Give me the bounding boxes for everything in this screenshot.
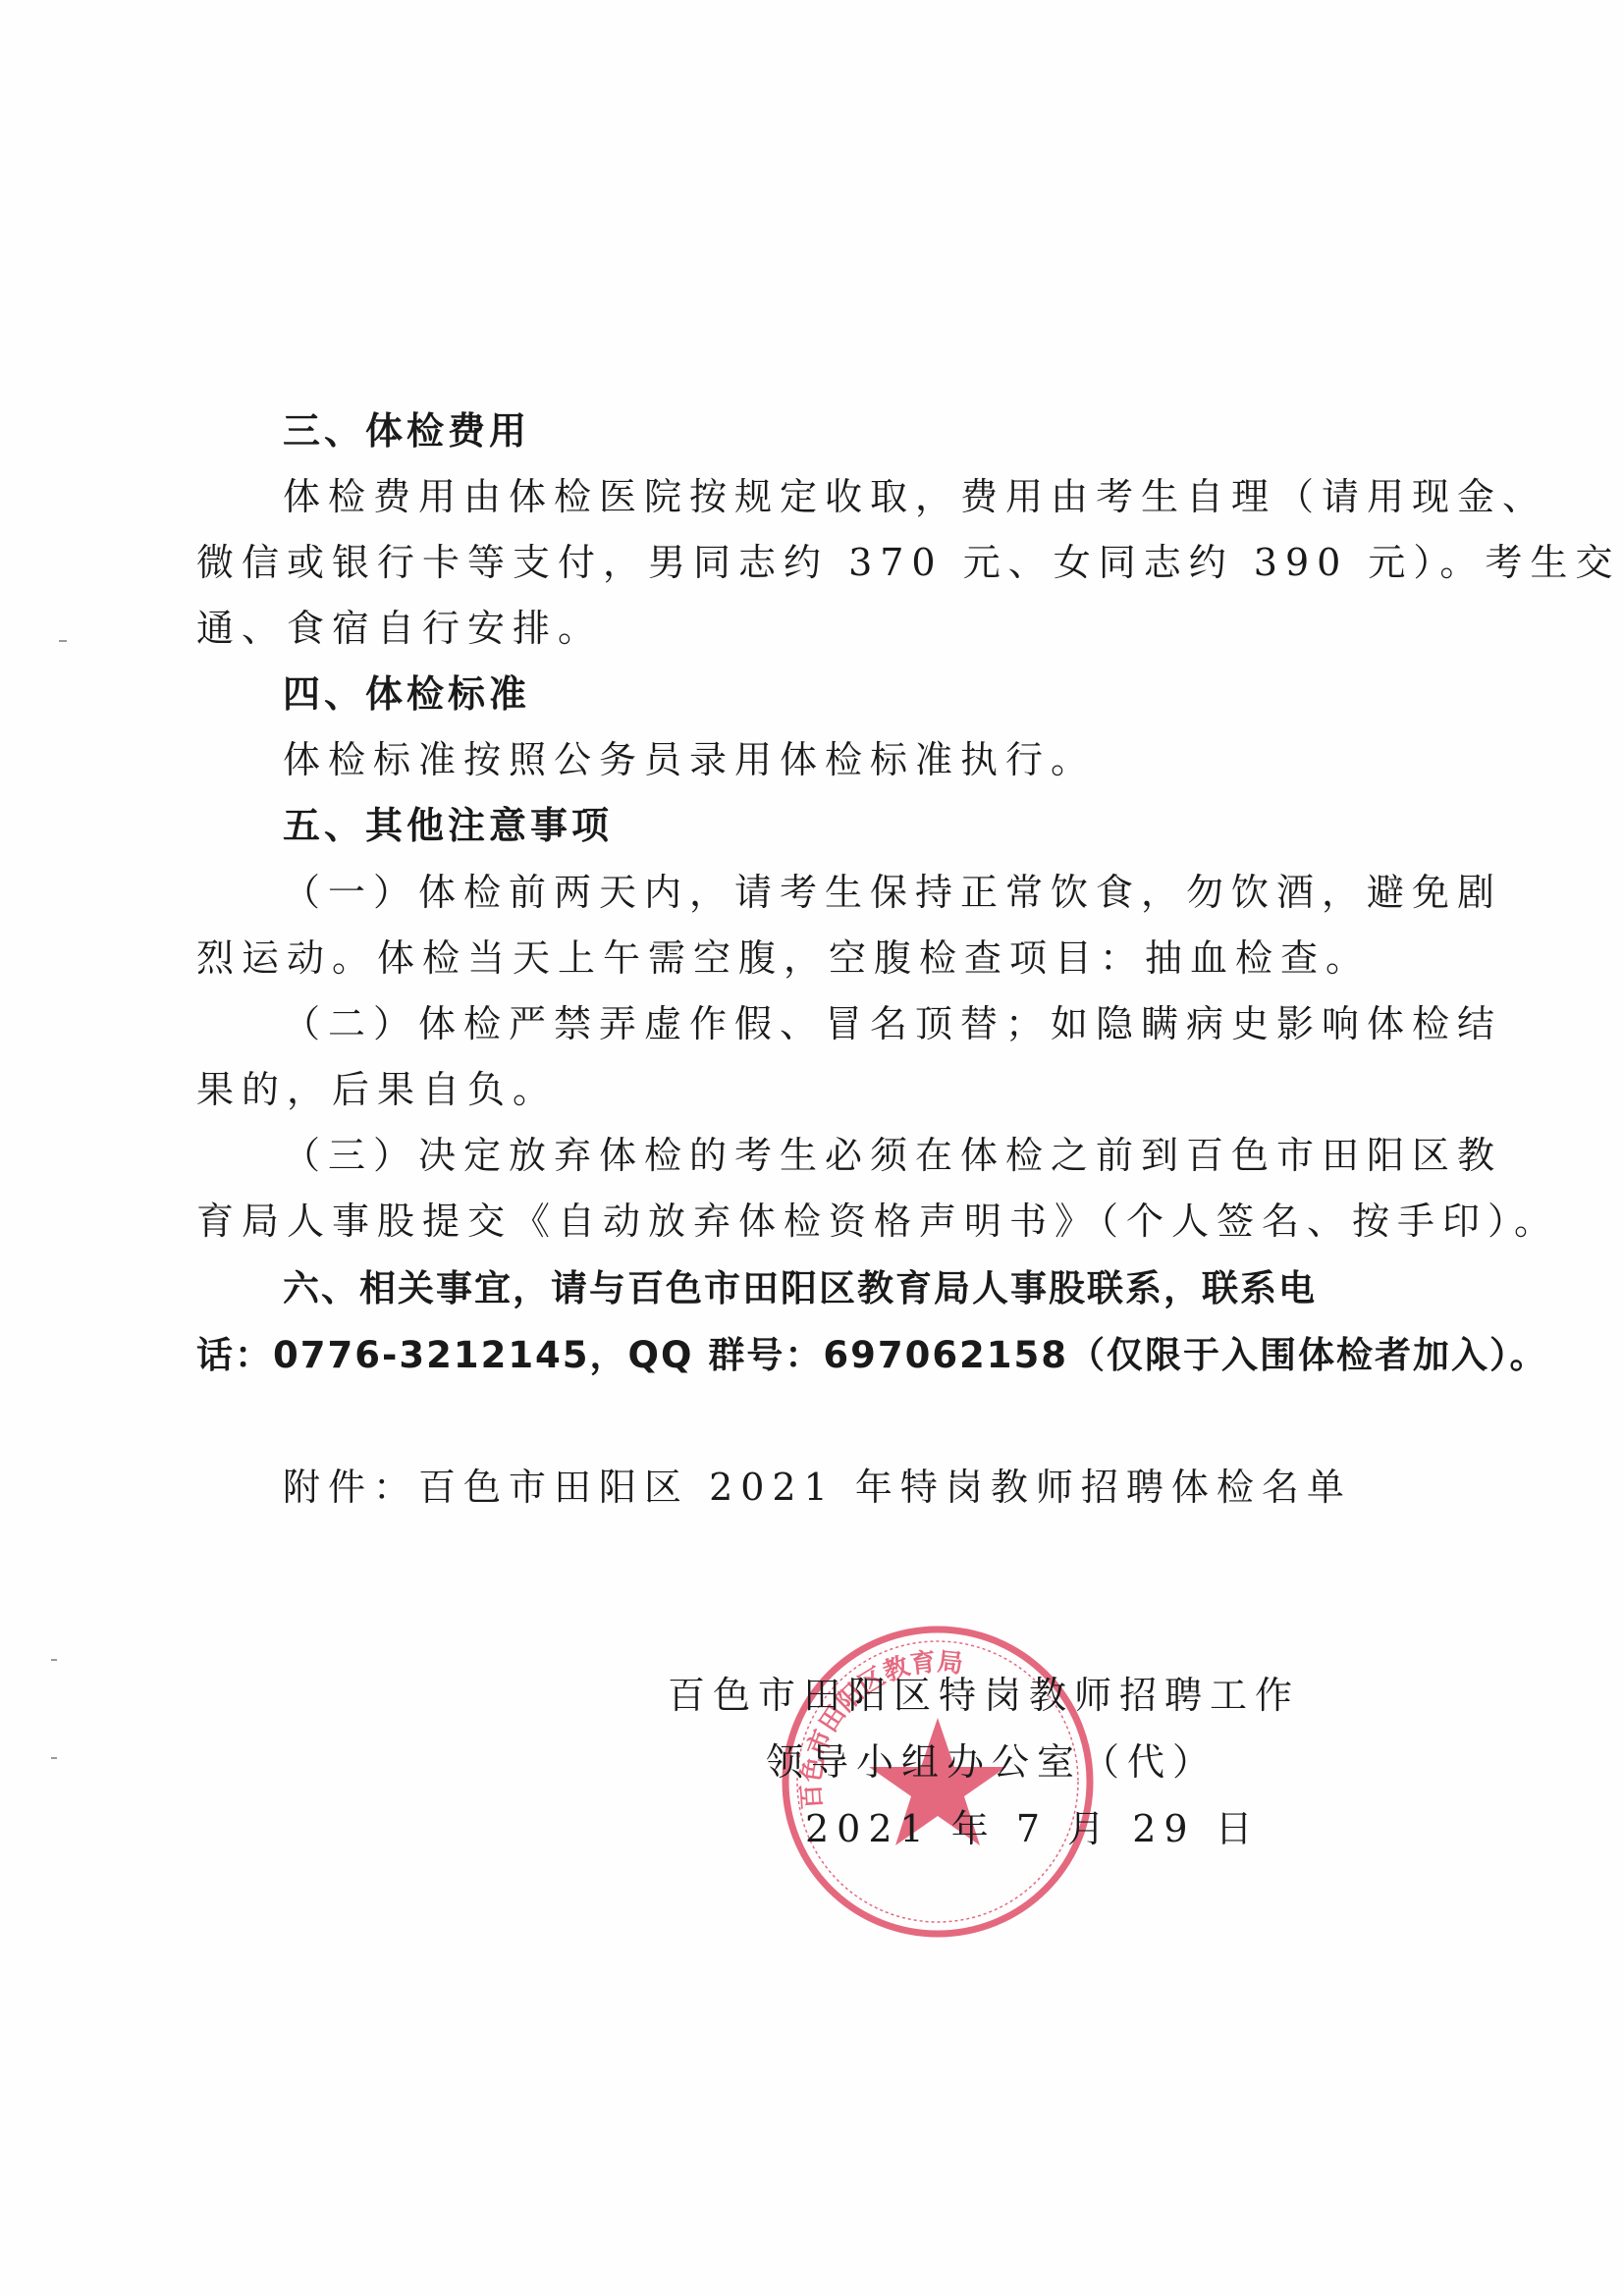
signature-org-line2: 领导小组办公室（代） <box>766 1737 1217 1787</box>
signature-date: 2021 年 7 月 29 日 <box>805 1804 1261 1853</box>
scan-mark <box>59 640 67 642</box>
note-item-1-line: （一）体检前两天内，请考生保持正常饮食，勿饮酒，避免剧 <box>283 868 1502 917</box>
paragraph-line: 微信或银行卡等支付，男同志约 370 元、女同志约 390 元）。考生交 <box>196 538 1620 587</box>
paragraph-line: 体检标准按照公务员录用体检标准执行。 <box>283 735 1096 784</box>
note-item-2-line: 果的，后果自负。 <box>196 1065 558 1114</box>
section-heading-notes: 五、其他注意事项 <box>283 801 613 850</box>
paragraph-line: 通、食宿自行安排。 <box>196 604 603 653</box>
scan-mark <box>51 1757 57 1759</box>
paragraph-line: 体检费用由体检医院按规定收取，费用由考生自理（请用现金、 <box>283 472 1547 521</box>
signature-org-line1: 百色市田阳区特岗教师招聘工作 <box>668 1671 1300 1720</box>
document-page: 三、体检费用 体检费用由体检医院按规定收取，费用由考生自理（请用现金、 微信或银… <box>0 0 1623 2296</box>
note-item-1-line: 烈运动。体检当天上午需空腹，空腹检查项目：抽血检查。 <box>196 934 1371 983</box>
contact-paragraph-line: 六、相关事宜，请与百色市田阳区教育局人事股联系，联系电 <box>283 1264 1317 1313</box>
contact-paragraph-line: 话：0776-3212145，QQ 群号：697062158（仅限于入围体检者加… <box>196 1331 1548 1380</box>
scan-mark <box>51 1659 57 1661</box>
note-item-2-line: （二）体检严禁弄虚作假、冒名顶替；如隐瞒病史影响体检结 <box>283 999 1502 1048</box>
attachment-line: 附件：百色市田阳区 2021 年特岗教师招聘体检名单 <box>283 1463 1352 1512</box>
section-heading-standards: 四、体检标准 <box>283 669 530 719</box>
section-heading-fees: 三、体检费用 <box>283 406 530 455</box>
note-item-3-line: 育局人事股提交《自动放弃体检资格声明书》（个人签名、按手印）。 <box>196 1197 1559 1246</box>
note-item-3-line: （三）决定放弃体检的考生必须在体检之前到百色市田阳区教 <box>283 1131 1502 1180</box>
